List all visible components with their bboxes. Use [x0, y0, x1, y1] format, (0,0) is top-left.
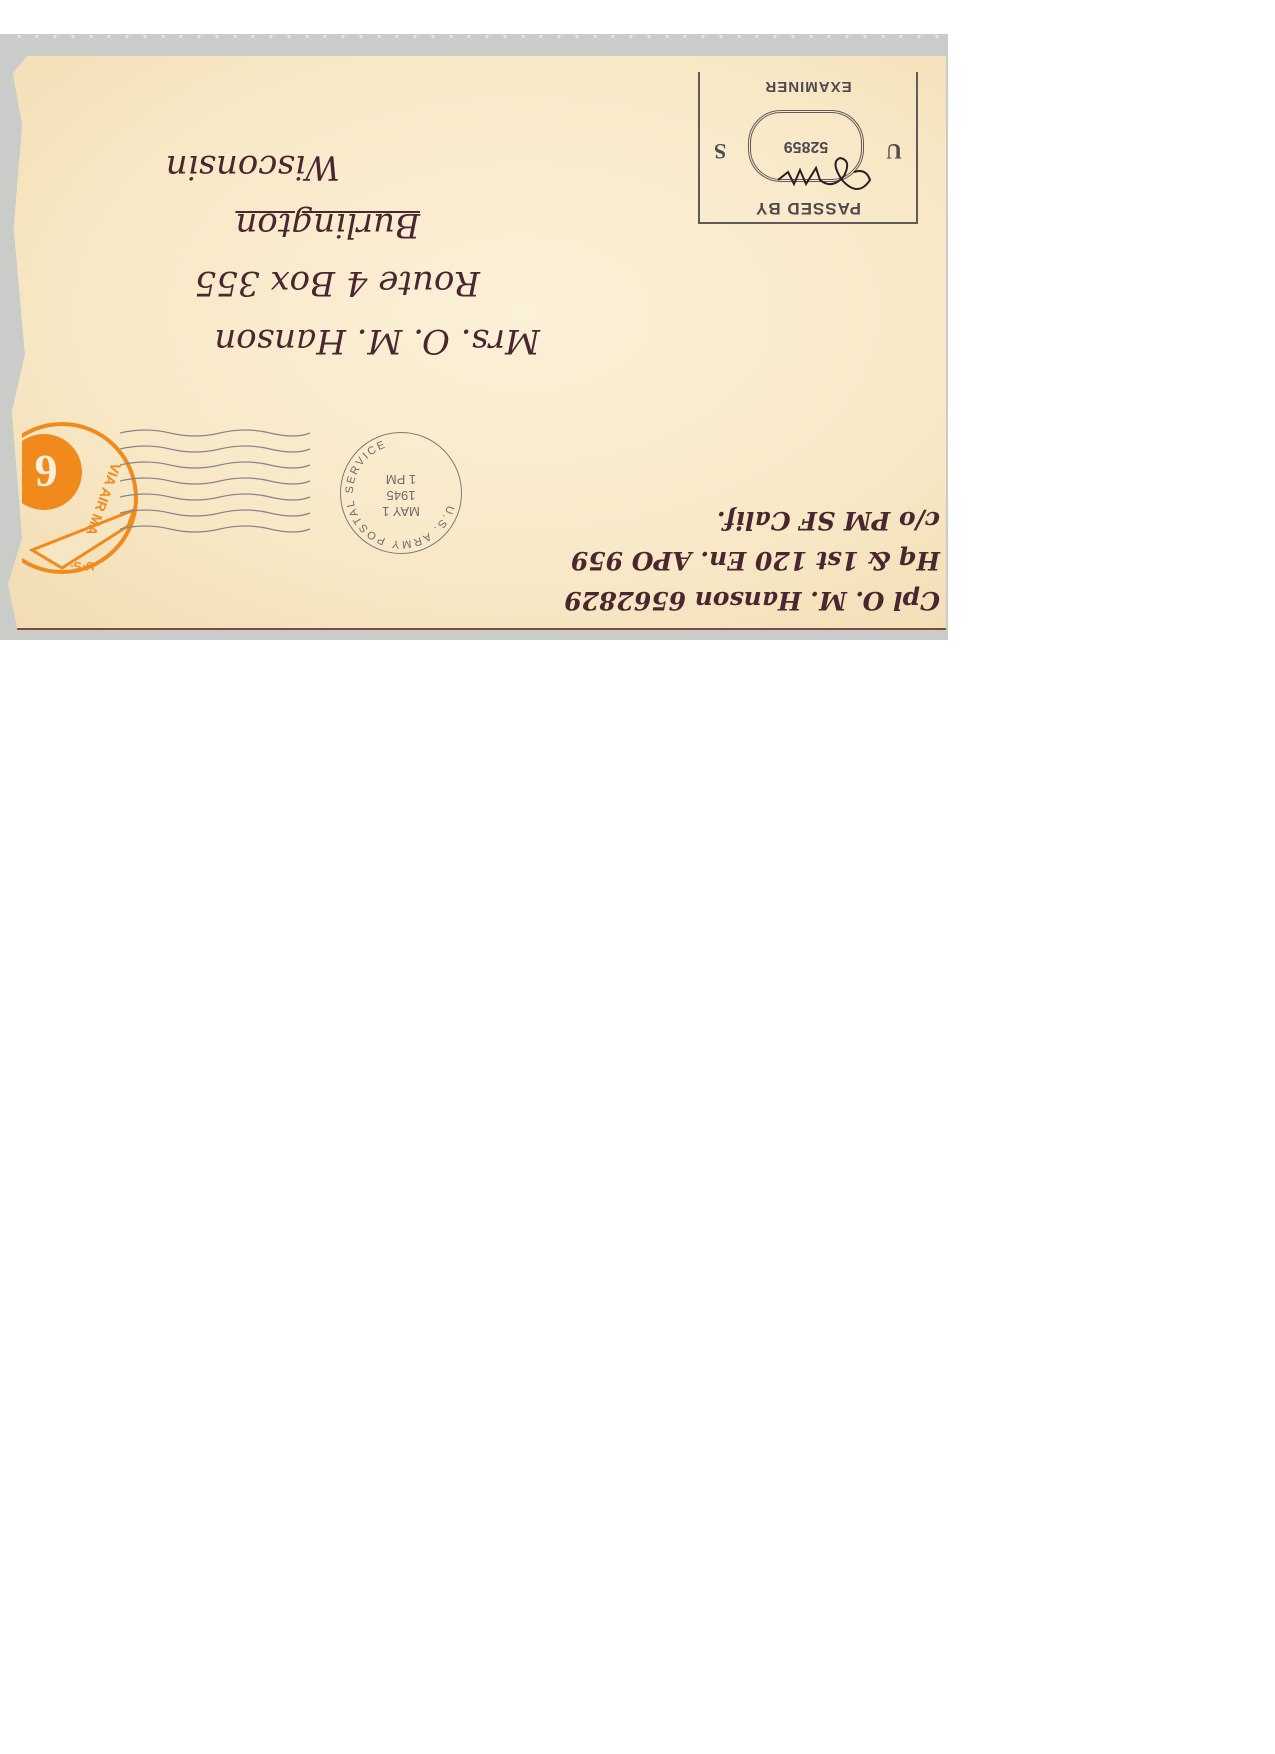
sender-name: Cpl O. M. Hanson 6562829: [520, 580, 940, 620]
sender-unit: Hq & 1st 120 En. APO 959: [520, 540, 940, 580]
postmark-year: 1945: [341, 487, 461, 503]
svg-text:6: 6: [35, 446, 58, 497]
postmark-date: MAY 1: [341, 503, 461, 519]
censor-letter-u: U: [886, 138, 902, 164]
scanner-edge: [10, 34, 940, 39]
svg-text:U·S·: U·S·: [70, 559, 95, 573]
cancellation-lines: [120, 425, 310, 545]
sender-postmaster: c/o PM SF Calif.: [520, 500, 940, 540]
censor-letter-s: S: [714, 138, 726, 164]
recipient-state: Wisconsin: [100, 138, 570, 196]
recipient-name: Mrs. O. M. Hanson: [100, 312, 570, 370]
recipient-city: Burlington: [100, 196, 570, 254]
signature-icon: [770, 150, 880, 210]
postmark-time: 1 PM: [341, 471, 461, 487]
recipient-street: Route 4 Box 355: [100, 254, 570, 312]
postmark: U.S. ARMY POSTAL SERVICE MAY 1 1945 1 PM: [340, 432, 462, 554]
censor-stamp: PASSED BY U 52859 S EXAMINER: [698, 72, 918, 224]
recipient-address: Mrs. O. M. Hanson Route 4 Box 355 Burlin…: [100, 110, 570, 370]
sender-address: Cpl O. M. Hanson 6562829 Hq & 1st 120 En…: [520, 490, 940, 620]
censor-examiner: EXAMINER: [700, 78, 916, 95]
